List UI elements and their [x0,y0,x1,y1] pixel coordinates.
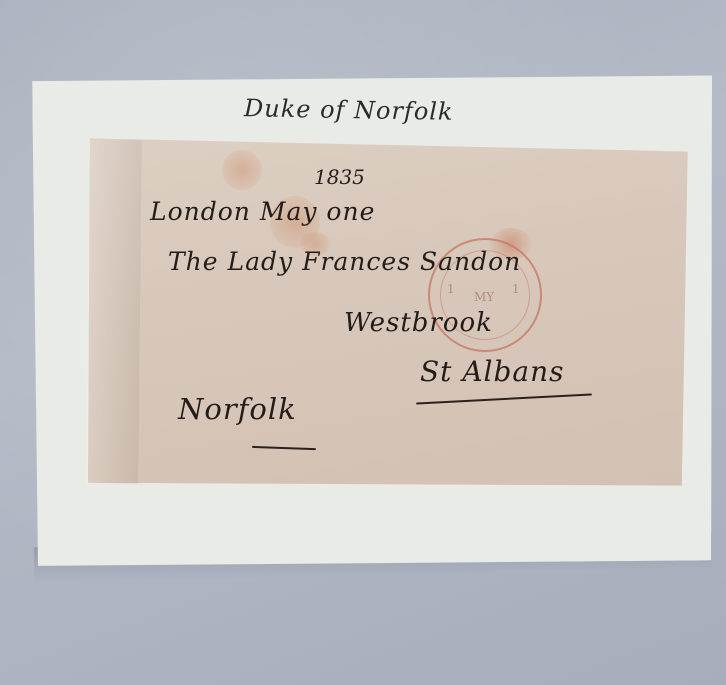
handwritten-address-town: St Albans [420,355,565,388]
postmark-number: 1 [512,282,520,296]
envelope-fold [86,140,142,485]
handwritten-addressee: The Lady Frances Sandon [168,247,521,276]
handwritten-year: 1835 [314,165,365,189]
postmark-day: 1 [447,282,455,296]
foxing-stain [222,150,262,190]
handwritten-date-line: London May one [150,197,375,226]
mount-label: Duke of Norfolk [244,94,454,126]
handwritten-signature: Norfolk [178,392,297,426]
postmark-month: MY [474,290,494,304]
handwritten-address-house: Westbrook [344,308,493,338]
